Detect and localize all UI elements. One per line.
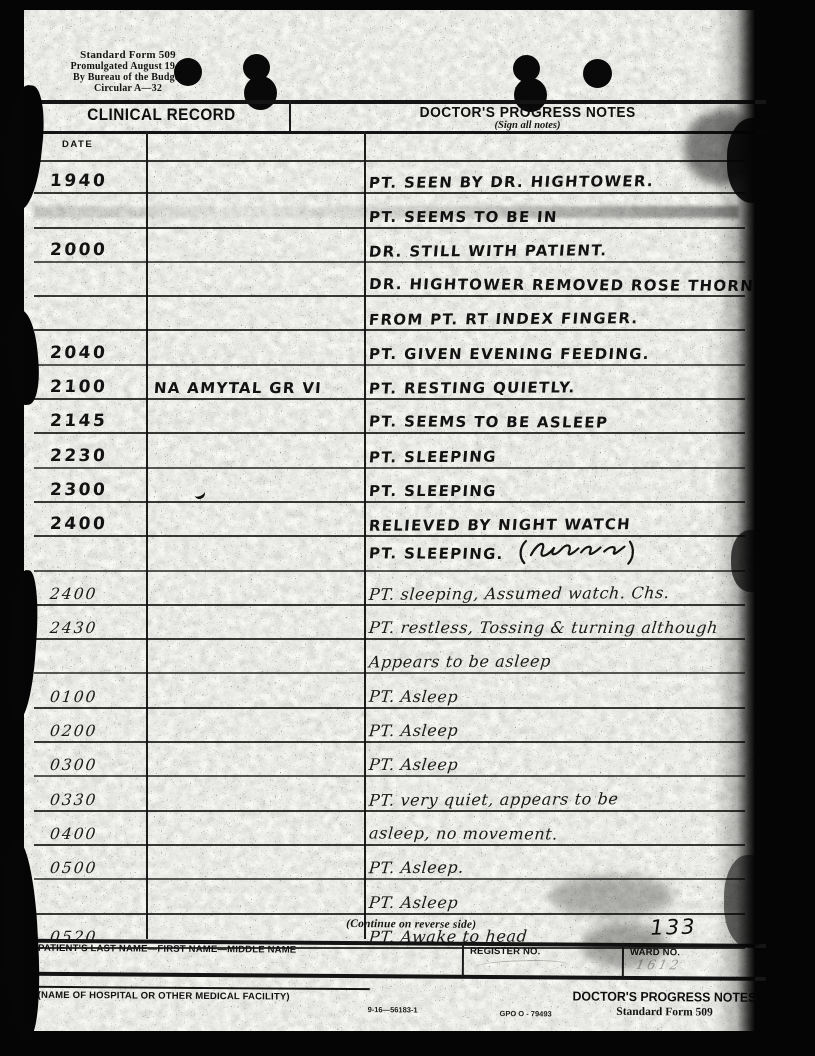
- entry-date: 2040: [49, 343, 108, 363]
- hospital-field-rule: [34, 986, 370, 990]
- table-row: PT. SLEEPING.: [34, 537, 745, 571]
- signature-scribble: [517, 539, 637, 570]
- entry-note: asleep, no movement.: [368, 823, 558, 843]
- entry-note: PT. very quiet, appears to be: [368, 789, 619, 810]
- entry-medication: NA AMYTAL GR VI: [153, 379, 322, 397]
- table-row: FROM PT. RT INDEX FINGER.: [34, 297, 745, 331]
- entry-note: PT. Asleep: [368, 893, 459, 912]
- table-row: 0400asleep, no movement.: [34, 812, 745, 846]
- table-row: 0330PT. very quiet, appears to be: [34, 777, 745, 811]
- table-row: 2300PT. SLEEPING: [34, 469, 745, 503]
- footer-bottom-rule: [34, 972, 766, 981]
- entry-date: 0500: [49, 859, 98, 877]
- table-row: 2100NA AMYTAL GR VIPT. RESTING QUIETLY.: [34, 366, 745, 400]
- entry-note: PT. RESTING QUIETLY.: [368, 378, 576, 397]
- scan-edge-fade: [714, 10, 755, 1031]
- register-divider: [462, 942, 464, 976]
- table-row: 2040PT. GIVEN EVENING FEEDING.: [34, 331, 745, 365]
- gpo-code: GPO O - 79493: [500, 1009, 552, 1018]
- scanned-page: Standard Form 509 Promulgated August 194…: [0, 0, 815, 1056]
- paper-sheet: Standard Form 509 Promulgated August 194…: [24, 10, 755, 1031]
- entry-note: PT. SEEN BY DR. HIGHTOWER.: [368, 172, 655, 192]
- header-bottom-rule: [34, 131, 766, 134]
- entry-date: 2230: [49, 446, 108, 466]
- table-row: 1940PT. SEEN BY DR. HIGHTOWER.: [34, 160, 745, 194]
- entry-date: 0200: [49, 722, 98, 740]
- scan-smudge: [549, 875, 674, 917]
- print-code: 9-16—56183-1: [368, 1005, 418, 1014]
- table-row: 2400PT. sleeping, Assumed watch. Chs.: [34, 572, 745, 606]
- entry-date: 0100: [49, 688, 98, 706]
- table-row: 2000DR. STILL WITH PATIENT.: [34, 229, 745, 263]
- punch-hole: [583, 59, 612, 88]
- patient-name-label: PATIENT'S LAST NAME—FIRST NAME—MIDDLE NA…: [38, 943, 296, 956]
- faint-pencil-mark: [476, 959, 568, 973]
- register-no-label: REGISTER NO.: [470, 946, 541, 957]
- entries-table: 1940PT. SEEN BY DR. HIGHTOWER.PT. SEEMS …: [34, 160, 745, 949]
- entry-date: 2145: [49, 411, 108, 431]
- table-row: 2430PT. restless, Tossing & turning alth…: [34, 606, 745, 640]
- table-row: 0500PT. Asleep.: [34, 846, 745, 880]
- entry-date: 2400: [49, 585, 98, 603]
- scan-smudge: [582, 922, 667, 968]
- entry-date: 0300: [49, 756, 98, 774]
- entry-note: PT. Asleep.: [368, 858, 465, 878]
- table-row: 0200PT. Asleep: [34, 709, 745, 743]
- form-number: Standard Form 509: [58, 50, 198, 61]
- entry-note: PT. SEEMS TO BE ASLEEP: [368, 413, 609, 432]
- entry-note: PT. GIVEN EVENING FEEDING.: [368, 345, 650, 363]
- entry-note: DR. STILL WITH PATIENT.: [368, 241, 608, 260]
- continue-note: (Continue on reverse side): [346, 918, 476, 931]
- entry-date: 2000: [49, 240, 108, 260]
- table-row: 2230PT. SLEEPING: [34, 434, 745, 468]
- entry-note: PT. SLEEPING: [368, 447, 497, 466]
- entry-note: PT. sleeping, Assumed watch. Chs.: [368, 583, 670, 604]
- entry-date: 0330: [49, 791, 98, 809]
- entry-date: 1940: [49, 171, 108, 191]
- clinical-record-header: CLINICAL RECORD: [34, 105, 289, 125]
- scan-smear: [34, 206, 739, 218]
- table-row: Appears to be asleep: [34, 640, 745, 674]
- date-column-header: DATE: [62, 139, 93, 150]
- table-row: DR. HIGHTOWER REMOVED ROSE THORN: [34, 263, 745, 297]
- entry-note: PT. SLEEPING: [368, 482, 497, 500]
- form-circular: Circular A—32: [58, 83, 198, 94]
- punch-hole: [174, 58, 202, 86]
- table-row: 0300PT. Asleep: [34, 743, 745, 777]
- entry-note: PT. Asleep: [368, 721, 459, 741]
- entry-date: 2400: [49, 514, 108, 534]
- entry-note: Appears to be asleep: [368, 652, 552, 672]
- table-row: 0100PT. Asleep: [34, 674, 745, 708]
- entry-date: 2300: [49, 480, 108, 500]
- entry-note: RELIEVED BY NIGHT WATCH: [368, 515, 631, 535]
- entry-note: PT. Asleep: [368, 755, 459, 774]
- table-row: 2145PT. SEEMS TO BE ASLEEP: [34, 400, 745, 434]
- entry-date: 2430: [49, 619, 98, 637]
- footer-block: (Continue on reverse side) 133 PATIENT'S…: [31, 10, 762, 15]
- entry-note: PT. SLEEPING.: [368, 538, 637, 569]
- entry-note: PT. restless, Tossing & turning although: [368, 618, 719, 637]
- hospital-label: (NAME OF HOSPITAL OR OTHER MEDICAL FACIL…: [38, 990, 290, 1003]
- entry-note: FROM PT. RT INDEX FINGER.: [368, 310, 639, 330]
- table-row: 2400RELIEVED BY NIGHT WATCH: [34, 503, 745, 537]
- entry-note: PT. Asleep: [368, 687, 459, 706]
- entry-date: 2100: [49, 377, 108, 397]
- entry-date: 0400: [49, 825, 98, 843]
- entry-note: DR. HIGHTOWER REMOVED ROSE THORN: [368, 275, 754, 295]
